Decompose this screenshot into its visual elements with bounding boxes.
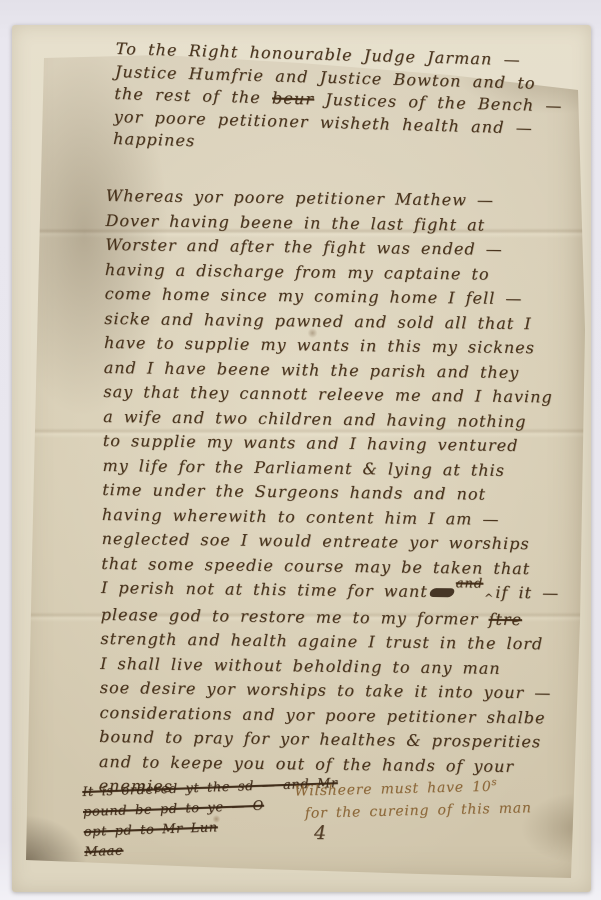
struck-word: beur	[272, 89, 315, 109]
body-text: please god to restore me to my former	[101, 604, 489, 628]
folio-number: 4	[314, 822, 326, 844]
order-annotation: Wilsheere must have 10s for the cureing …	[294, 771, 532, 824]
struck-word: ſtre	[488, 609, 522, 628]
petition-body: Whereas yor poore petitioner Mathew — Do…	[98, 184, 564, 804]
petition-heading: To the Right honourable Judge Jarman — J…	[113, 38, 564, 163]
insertion-caret: ^	[484, 592, 494, 605]
manuscript-scan: To the Right honourable Judge Jarman — J…	[0, 0, 601, 900]
interlinear-insertion: and	[456, 576, 484, 591]
superscript-s: s	[491, 777, 497, 788]
heading-text: the rest of the	[114, 84, 272, 107]
ink-blot	[428, 588, 455, 597]
body-text: I perish not at this time for want	[101, 578, 428, 601]
body-text: if it —	[495, 583, 559, 603]
annotation-text: Wilsheere must have 10	[294, 779, 492, 800]
